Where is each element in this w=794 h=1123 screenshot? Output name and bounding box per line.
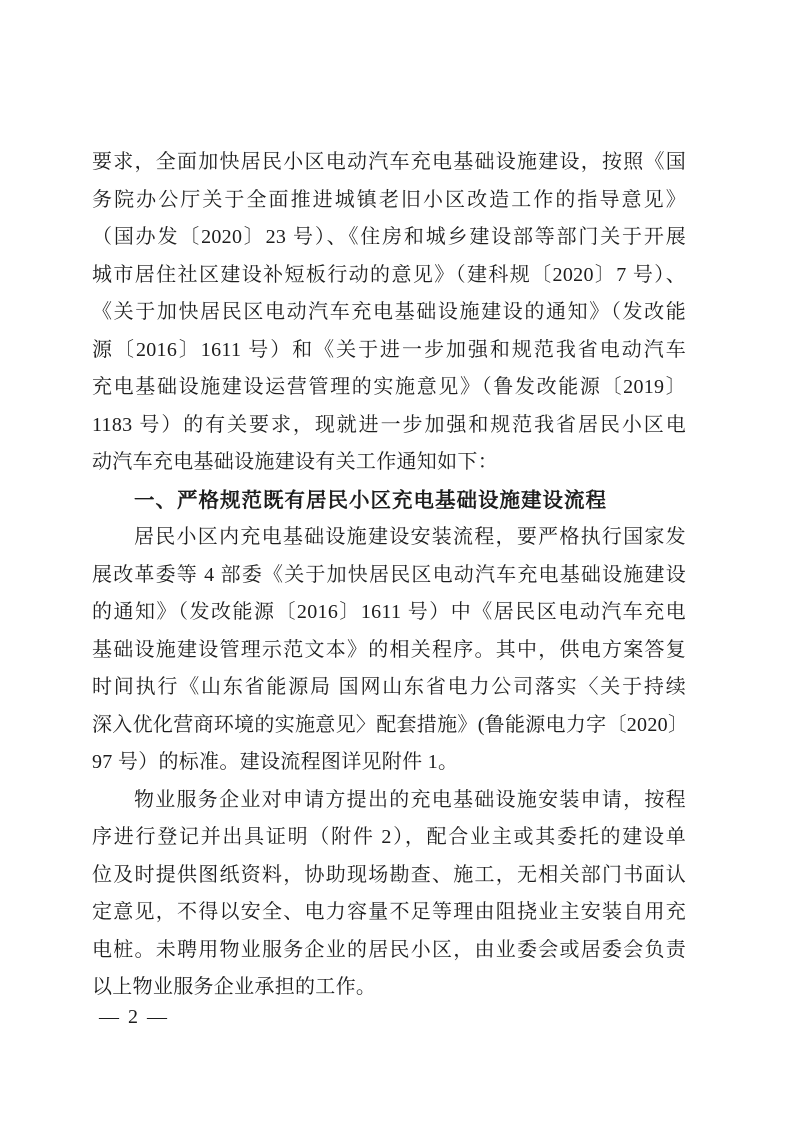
page-number: — 2 — (99, 1003, 169, 1031)
body-line: 定意见，不得以安全、电力容量不足等理由阻挠业主安装自用充 (92, 894, 686, 932)
body-line: 动汽车充电基础设施建设有关工作通知如下： (92, 444, 686, 482)
body-line: 电桩。未聘用物业服务企业的居民小区，由业委会或居委会负责 (92, 932, 686, 970)
section-heading: 一、严格规范既有居民小区充电基础设施建设流程 (92, 482, 686, 520)
body-line: 展改革委等 4 部委《关于加快居民区电动汽车充电基础设施建设 (92, 557, 686, 595)
body-line: 深入优化营商环境的实施意见〉配套措施》(鲁能源电力字〔2020〕 (92, 707, 686, 745)
body-line: 充电基础设施建设运营管理的实施意见》（鲁发改能源〔2019〕 (92, 369, 686, 407)
body-line: 务院办公厅关于全面推进城镇老旧小区改造工作的指导意见》 (92, 182, 686, 220)
body-line: 基础设施建设管理示范文本》的相关程序。其中，供电方案答复 (92, 632, 686, 670)
body-line: 物业服务企业对申请方提出的充电基础设施安装申请，按程 (92, 782, 686, 820)
body-line: 《关于加快居民区电动汽车充电基础设施建设的通知》（发改能 (92, 294, 686, 332)
body-line: 1183 号）的有关要求，现就进一步加强和规范我省居民小区电 (92, 407, 686, 445)
body-line: 位及时提供图纸资料，协助现场勘查、施工，无相关部门书面认 (92, 857, 686, 895)
document-page: 要求，全面加快居民小区电动汽车充电基础设施建设，按照《国 务院办公厅关于全面推进… (0, 0, 794, 1123)
body-line: 要求，全面加快居民小区电动汽车充电基础设施建设，按照《国 (92, 144, 686, 182)
body-line: 城市居住社区建设补短板行动的意见》（建科规〔2020〕7 号）、 (92, 257, 686, 295)
body-line: 源〔2016〕1611 号）和《关于进一步加强和规范我省电动汽车 (92, 332, 686, 370)
body-line: 居民小区内充电基础设施建设安装流程，要严格执行国家发 (92, 519, 686, 557)
body-line: 的通知》（发改能源〔2016〕1611 号）中《居民区电动汽车充电 (92, 594, 686, 632)
body-line: 97 号）的标准。建设流程图详见附件 1。 (92, 744, 686, 782)
body-line: （国办发〔2020〕23 号）、《住房和城乡建设部等部门关于开展 (92, 219, 686, 257)
body-line: 时间执行《山东省能源局 国网山东省电力公司落实〈关于持续 (92, 669, 686, 707)
body-line: 序进行登记并出具证明（附件 2），配合业主或其委托的建设单 (92, 819, 686, 857)
body-line: 以上物业服务企业承担的工作。 (92, 969, 686, 1007)
document-body: 要求，全面加快居民小区电动汽车充电基础设施建设，按照《国 务院办公厅关于全面推进… (92, 144, 686, 1007)
